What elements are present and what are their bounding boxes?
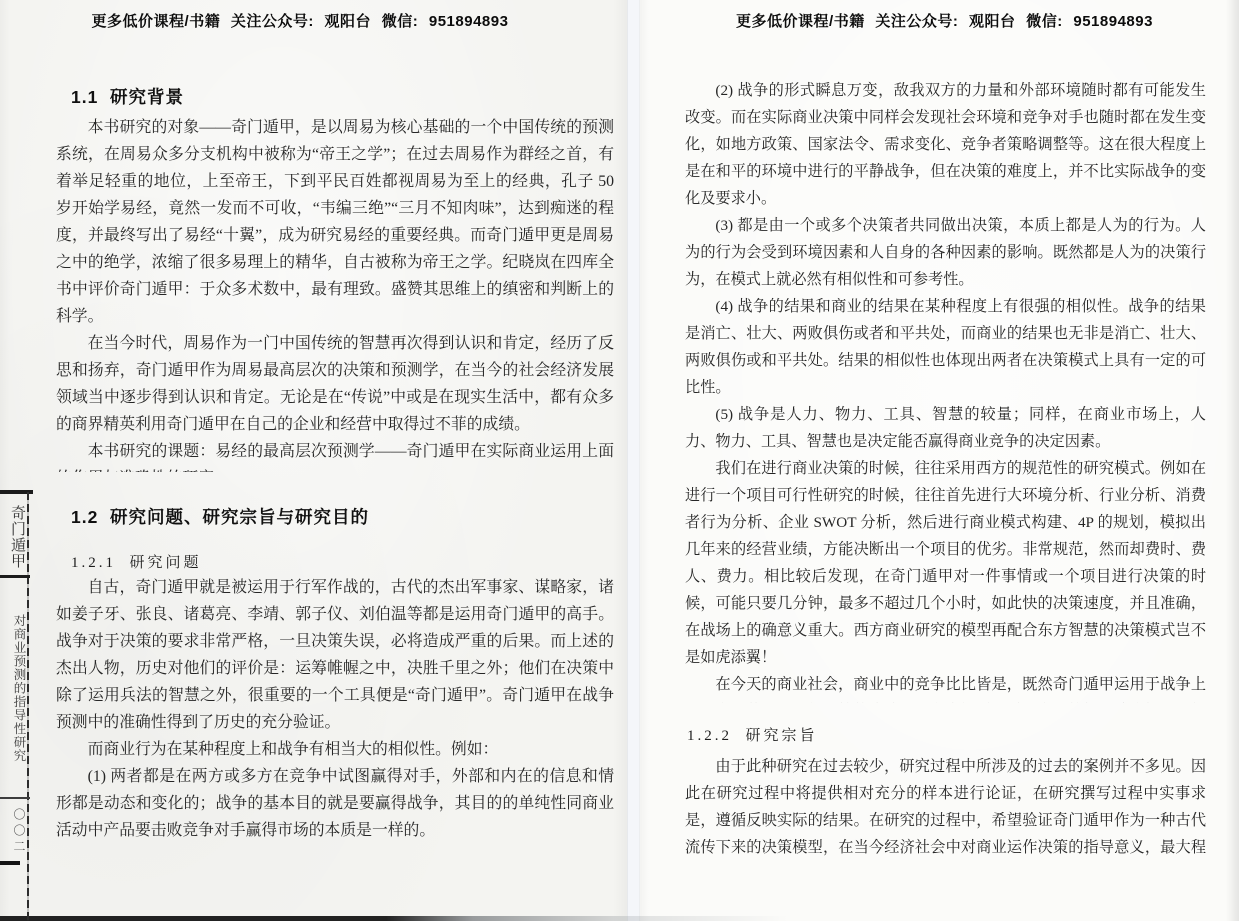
paragraph: (4) 战争的结果和商业的结果在某种程度上有很强的相似性。战争的结果是消亡、壮大… [685,293,1206,401]
paragraph: 自古，奇门遁甲就是被运用于行军作战的，古代的杰出军事家、谋略家，诸如姜子牙、张良… [56,574,614,736]
section-heading-1-2-1: 1.2.1 研究问题 [71,551,202,572]
left-page-body-background: 本书研究的对象——奇门遁甲，是以周易为核心基础的一个中国传统的预测系统，在周易众… [56,114,614,472]
paragraph: 本书研究的对象——奇门遁甲，是以周易为核心基础的一个中国传统的预测系统，在周易众… [56,114,614,330]
paragraph: (5) 战争是人力、物力、工具、智慧的较量；同样，在商业市场上，人力、物力、工具… [685,401,1206,455]
spine-tab-bottom-border [0,861,20,865]
spine-tab-divider-2 [0,797,30,799]
paragraph: (3) 都是由一个或多个决策者共同做出决策，本质上都是人为的行为。人为的行为会受… [685,212,1206,293]
page-gutter [627,0,640,921]
paragraph: 由于此种研究在过去较少，研究过程中所涉及的过去的案例并不多见。因此在研究过程中将… [685,753,1206,865]
section-heading-1-1: 1.1 研究背景 [71,84,184,109]
paragraph: 我们在进行商业决策的时候，往往采用西方的规范性的研究模式。例如在进行一个项目可行… [685,455,1206,671]
paragraph: (1) 两者都是在两方或多方在竞争中试图赢得对手，外部和内在的信息和情形都是动态… [56,763,614,844]
spine-subtitle: 对商业预测的指导性研究 [0,582,28,795]
paragraph: 在今天的商业社会，商业中的竞争比比皆是，既然奇门遁甲运用于战争上已经有目共睹，取… [685,671,1206,703]
spine-title: 奇门遁甲 [0,497,28,576]
paragraph: 在当今时代，周易作为一门中国传统的智慧再次得到认识和肯定，经历了反思和扬弃，奇门… [56,330,614,438]
promo-header-left: 更多低价课程/书籍 关注公众号: 观阳台 微信: 951894893 [0,10,600,30]
scan-bottom-edge [0,916,788,921]
right-page-body-purpose: 由于此种研究在过去较少，研究过程中所涉及的过去的案例并不多见。因此在研究过程中将… [685,753,1206,865]
left-page-body-question: 自古，奇门遁甲就是被运用于行军作战的，古代的杰出军事家、谋略家，诸如姜子牙、张良… [56,574,614,850]
paragraph: (2) 战争的形式瞬息万变，敌我双方的力量和外部环境随时都有可能发生改变。而在实… [685,77,1206,212]
section-heading-1-2-2: 1.2.2 研究宗旨 [687,724,818,745]
spine-tab-divider-1 [0,575,30,578]
section-heading-1-2: 1.2 研究问题、研究宗旨与研究目的 [71,504,369,529]
paragraph: 本书研究的课题：易经的最高层次预测学——奇门遁甲在实际商业运用上面的作用与准确性… [56,438,614,472]
right-page-body-continuation: (2) 战争的形式瞬息万变，敌我双方的力量和外部环境随时都有可能发生改变。而在实… [685,77,1206,703]
spine-page-number: 〇〇二 [0,803,28,860]
paragraph: 而商业行为在某种程度上和战争有相当大的相似性。例如： [56,736,614,763]
promo-header-right: 更多低价课程/书籍 关注公众号: 观阳台 微信: 951894893 [650,10,1239,30]
book-scan-spread: 更多低价课程/书籍 关注公众号: 观阳台 微信: 951894893 更多低价课… [0,0,1239,921]
